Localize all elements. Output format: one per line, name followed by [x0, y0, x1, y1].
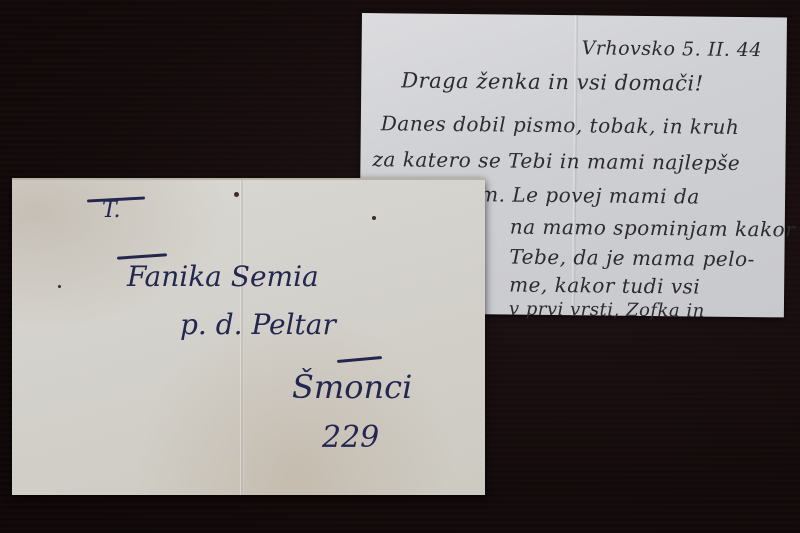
stain-spot — [58, 285, 61, 288]
envelope: T. Fanika Semia p. d. Peltar Šmonci 229 — [12, 178, 485, 495]
name-underline — [117, 253, 167, 259]
stain-spot — [372, 216, 376, 220]
envelope-village: Šmonci — [292, 368, 412, 406]
envelope-corner-mark: T. — [102, 198, 120, 223]
letter-line: v prvi vrsti, Zofka in — [509, 299, 705, 322]
letter-line: Danes dobil pismo, tobak, in kruh — [381, 111, 740, 139]
stain-spot — [234, 192, 239, 197]
envelope-recipient-name: Fanika Semia — [127, 260, 319, 293]
letter-line: na mamo spominjam kakor — [510, 215, 796, 242]
envelope-house-number: 229 — [322, 420, 379, 455]
letter-greeting: Draga ženka in vsi domači! — [401, 68, 704, 95]
village-caron-mark — [337, 356, 382, 363]
envelope-house-name: p. d. Peltar — [180, 308, 336, 341]
letter-line: za katero se Tebi in mami najlepše — [372, 147, 740, 175]
letter-place-date: Vrhovsko 5. II. 44 — [582, 37, 763, 61]
letter-line: Tebe, da je mama pelo- — [509, 245, 755, 272]
letter-line: me, kakor tudi vsi — [509, 273, 700, 299]
